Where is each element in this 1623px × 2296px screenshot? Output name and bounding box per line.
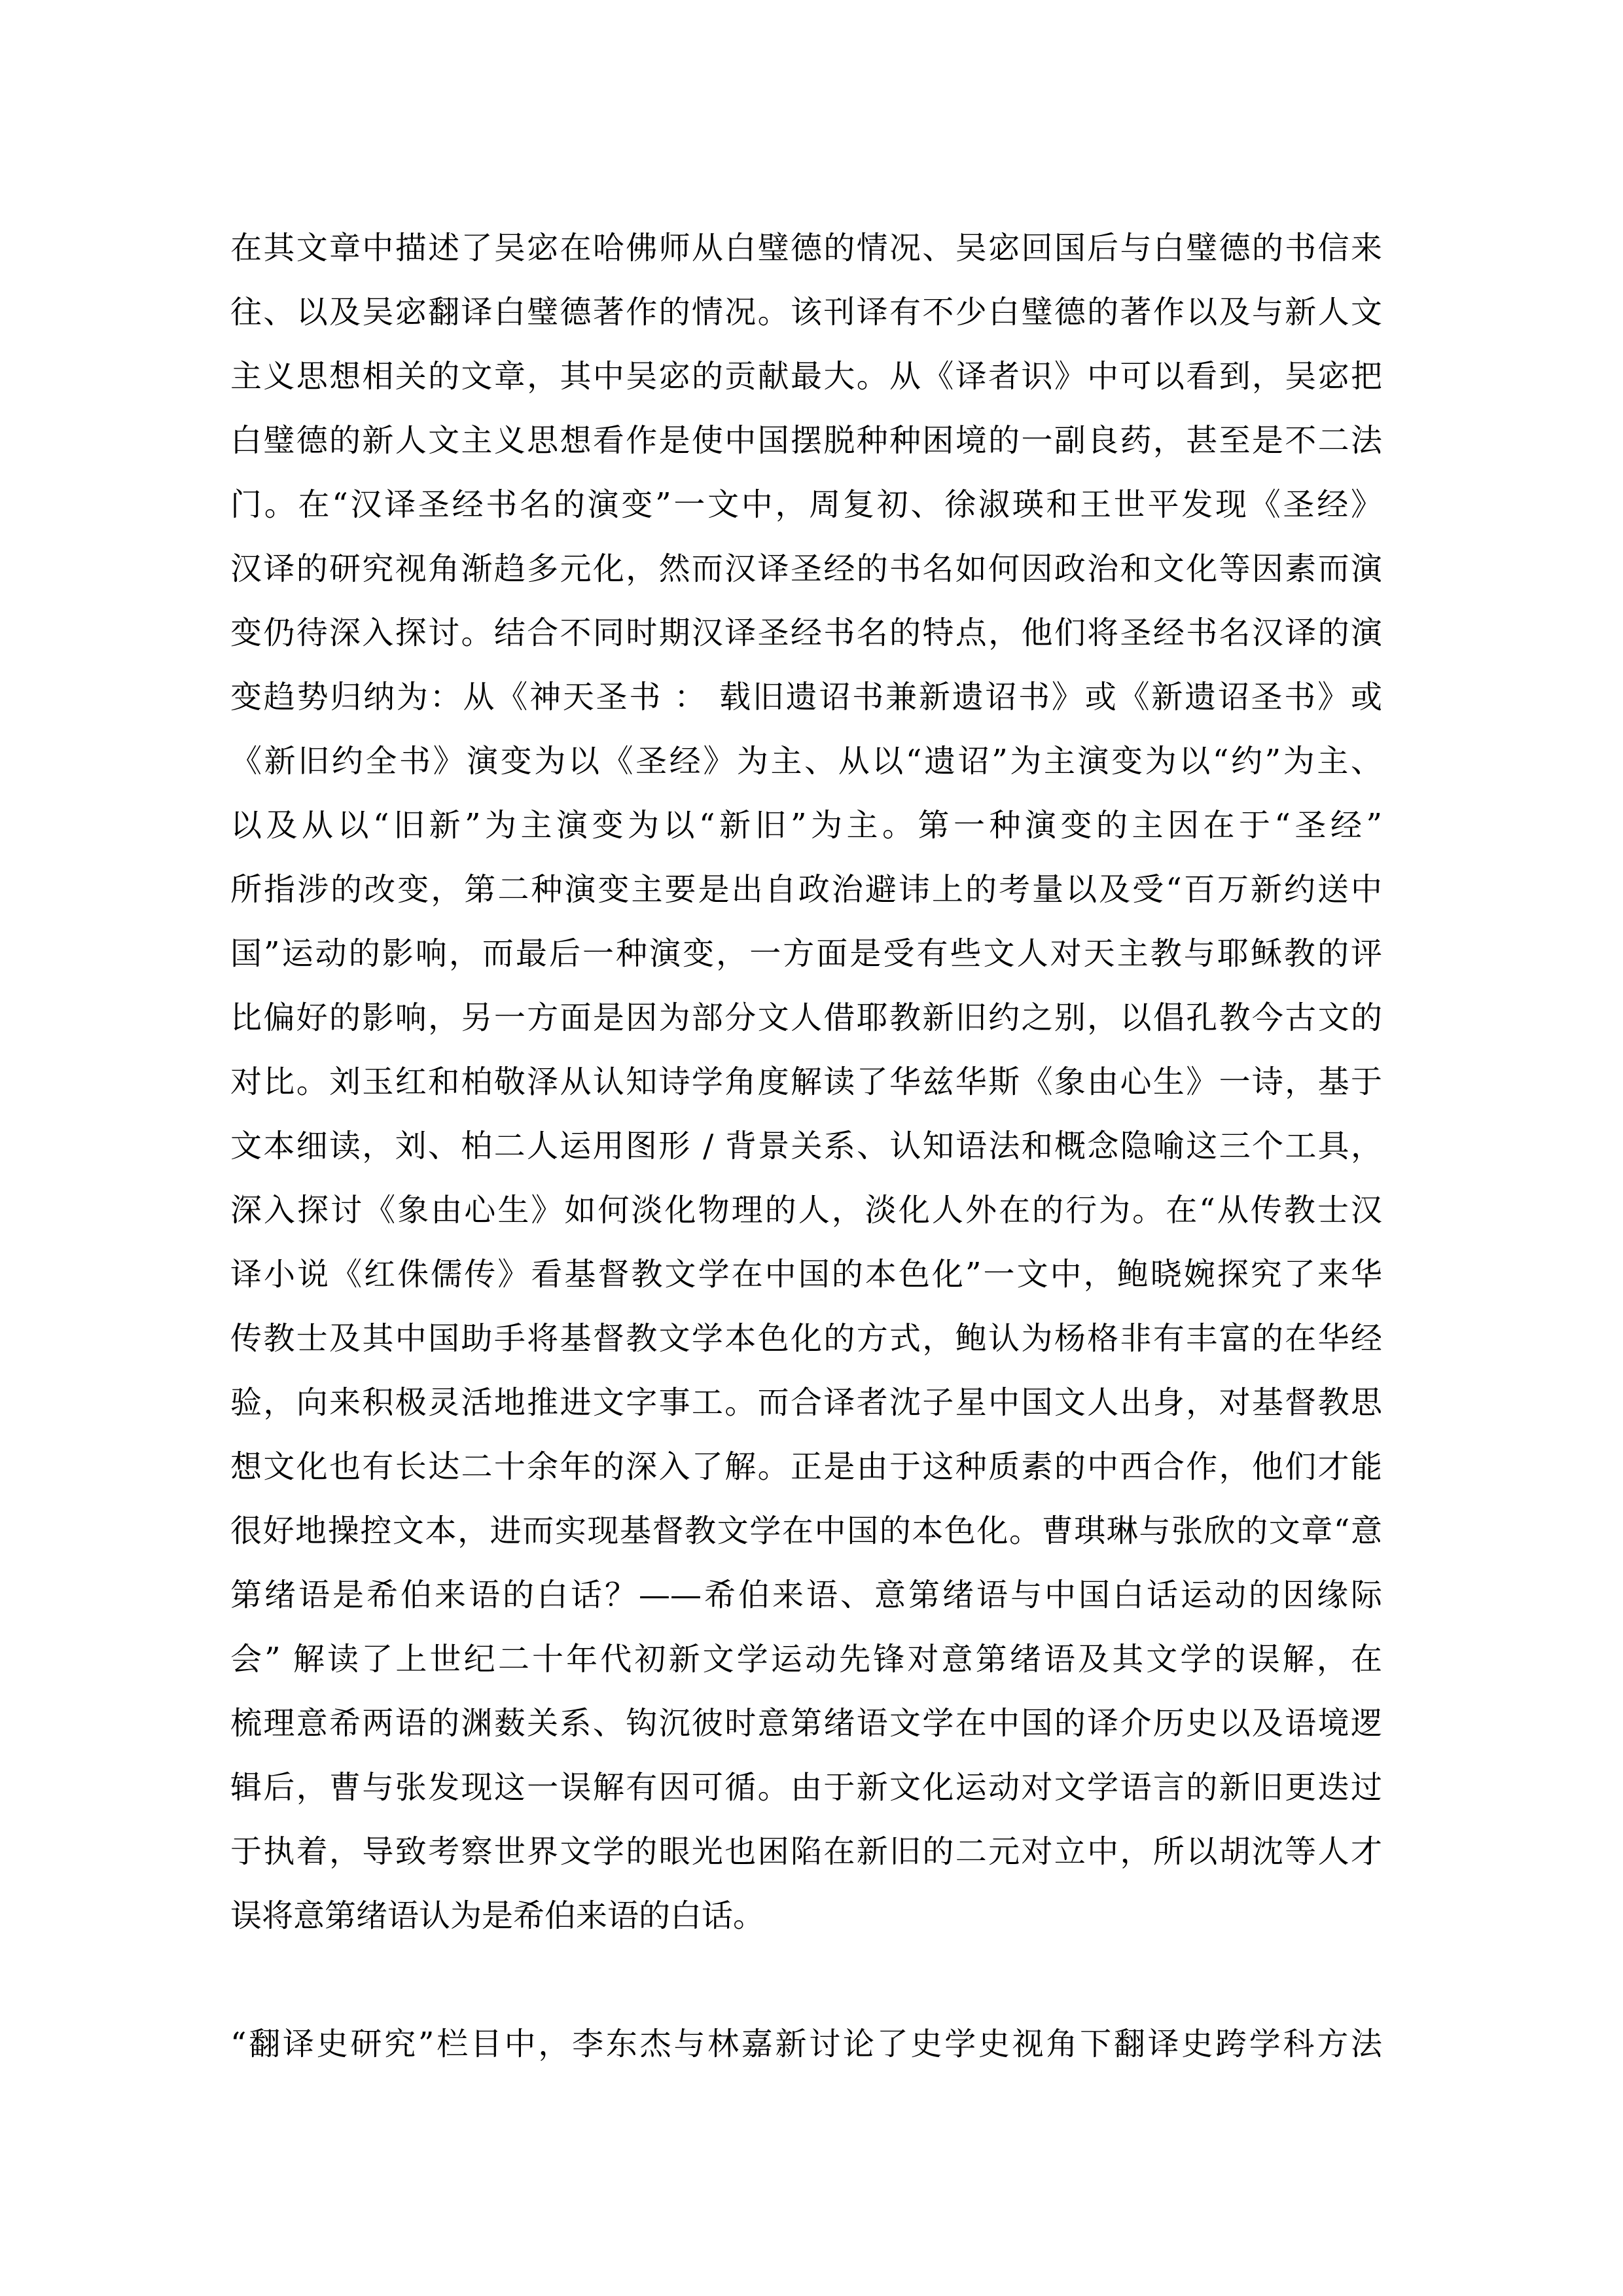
text-line: 以及从以“旧新”为主演变为以“新旧”为主。第一种演变的主因在于“圣经”: [230, 793, 1382, 857]
text-line: 对比。刘玉红和柏敬泽从认知诗学角度解读了华兹华斯《象由心生》一诗，基于: [230, 1050, 1382, 1114]
text-line: 验，向来积极灵活地推进文字事工。而合译者沈子星中国文人出身，对基督教思: [230, 1371, 1382, 1435]
text-line: 往、以及吴宓翻译白璧德著作的情况。该刊译有不少白璧德的著作以及与新人文: [230, 280, 1382, 344]
text-line: 白璧德的新人文主义思想看作是使中国摆脱种种困境的一副良药，甚至是不二法: [230, 408, 1382, 473]
text-block: 在其文章中描述了吴宓在哈佛师从白璧德的情况、吴宓回国后与白璧德的书信来往、以及吴…: [230, 216, 1382, 2076]
text-line: 文本细读，刘、柏二人运用图形 / 背景关系、认知语法和概念隐喻这三个工具，: [230, 1114, 1382, 1178]
text-line: 在其文章中描述了吴宓在哈佛师从白璧德的情况、吴宓回国后与白璧德的书信来: [230, 216, 1382, 280]
text-line: 译小说《红侏儒传》看基督教文学在中国的本色化”一文中，鲍晓婉探究了来华: [230, 1242, 1382, 1306]
text-line: 传教士及其中国助手将基督教文学本色化的方式，鲍认为杨格非有丰富的在华经: [230, 1306, 1382, 1371]
text-line: 汉译的研究视角渐趋多元化，然而汉译圣经的书名如何因政治和文化等因素而演: [230, 537, 1382, 601]
text-line: 很好地操控文本，进而实现基督教文学在中国的本色化。曹琪琳与张欣的文章“意: [230, 1499, 1382, 1563]
text-line: 会” 解读了上世纪二十年代初新文学运动先锋对意第绪语及其文学的误解，在: [230, 1627, 1382, 1691]
text-line: 国”运动的影响，而最后一种演变，一方面是受有些文人对天主教与耶稣教的评: [230, 922, 1382, 986]
text-line: 所指涉的改变，第二种演变主要是出自政治避讳上的考量以及受“百万新约送中: [230, 857, 1382, 922]
text-line: 比偏好的影响，另一方面是因为部分文人借耶教新旧约之别，以倡孔教今古文的: [230, 986, 1382, 1050]
text-line: 门。在“汉译圣经书名的演变”一文中，周复初、徐淑瑛和王世平发现《圣经》: [230, 473, 1382, 537]
text-line: 第绪语是希伯来语的白话？——希伯来语、意第绪语与中国白话运动的因缘际: [230, 1563, 1382, 1627]
text-line: 变仍待深入探讨。结合不同时期汉译圣经书名的特点，他们将圣经书名汉译的演: [230, 601, 1382, 665]
text-line: 《新旧约全书》演变为以《圣经》为主、从以“遗诏”为主演变为以“约”为主、: [230, 729, 1382, 793]
text-line: 深入探讨《象由心生》如何淡化物理的人，淡化人外在的行为。在“从传教士汉: [230, 1178, 1382, 1242]
text-line: “翻译史研究”栏目中，李东杰与林嘉新讨论了史学史视角下翻译史跨学科方法: [230, 2012, 1382, 2076]
paragraph-2: “翻译史研究”栏目中，李东杰与林嘉新讨论了史学史视角下翻译史跨学科方法: [230, 2012, 1382, 2076]
text-line: 变趋势归纳为：从《神天圣书 ： 载旧遗诏书兼新遗诏书》或《新遗诏圣书》或: [230, 665, 1382, 729]
document-page: 在其文章中描述了吴宓在哈佛师从白璧德的情况、吴宓回国后与白璧德的书信来往、以及吴…: [0, 0, 1623, 2296]
text-line: 辑后，曹与张发现这一误解有因可循。由于新文化运动对文学语言的新旧更迭过: [230, 1755, 1382, 1820]
text-line: 误将意第绪语认为是希伯来语的白话。: [230, 1884, 1382, 1948]
text-line: 主义思想相关的文章，其中吴宓的贡献最大。从《译者识》中可以看到，吴宓把: [230, 344, 1382, 408]
text-line: 想文化也有长达二十余年的深入了解。正是由于这种质素的中西合作，他们才能: [230, 1435, 1382, 1499]
text-line: 梳理意希两语的渊薮关系、钩沉彼时意第绪语文学在中国的译介历史以及语境逻: [230, 1691, 1382, 1755]
text-line: 于执着，导致考察世界文学的眼光也困陷在新旧的二元对立中，所以胡沈等人才: [230, 1820, 1382, 1884]
paragraph-1: 在其文章中描述了吴宓在哈佛师从白璧德的情况、吴宓回国后与白璧德的书信来往、以及吴…: [230, 216, 1382, 1948]
